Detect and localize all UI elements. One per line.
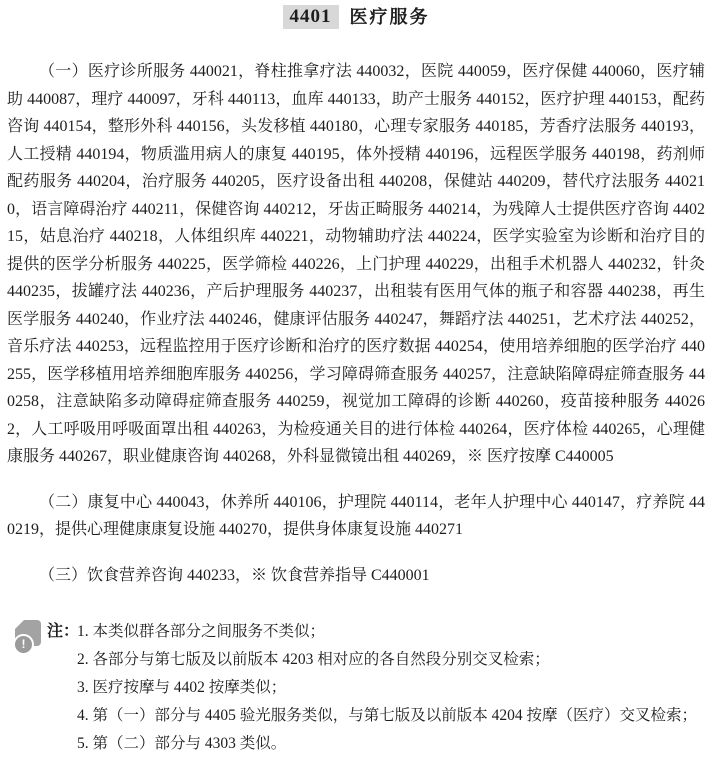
note-icon-fold	[15, 620, 24, 629]
paragraph-section-3: （三）饮食营养咨询 440233，※ 饮食营养指导 C440001	[7, 562, 705, 590]
notes-label: 注：	[47, 618, 79, 646]
note-item-1: 1. 本类似群各部分之间服务不类似；	[77, 618, 704, 646]
note-item-4: 4. 第（一）部分与 4405 验光服务类似，与第七版及以前版本 4204 按摩…	[77, 702, 704, 730]
notes-section: ! 注： 1. 本类似群各部分之间服务不类似； 2. 各部分与第七版及以前版本 …	[0, 618, 712, 758]
title-text: 医疗服务	[350, 5, 430, 29]
note-exclamation-icon: !	[13, 620, 43, 660]
document-body: （一）医疗诊所服务 440021，脊柱推拿疗法 440032，医院 440059…	[0, 58, 712, 589]
note-icon-badge: !	[13, 634, 34, 655]
paragraph-section-2: （二）康复中心 440043，休养所 440106，护理院 440114，老年人…	[7, 489, 705, 544]
title-code-badge: 4401	[283, 5, 339, 29]
note-item-2: 2. 各部分与第七版及以前版本 4203 相对应的各自然段分别交叉检索；	[77, 646, 704, 674]
paragraph-section-1: （一）医疗诊所服务 440021，脊柱推拿疗法 440032，医院 440059…	[7, 58, 705, 471]
note-item-5: 5. 第（二）部分与 4303 类似。	[77, 730, 704, 758]
document-page: 4401 医疗服务 （一）医疗诊所服务 440021，脊柱推拿疗法 440032…	[0, 0, 712, 764]
note-item-3: 3. 医疗按摩与 4402 按摩类似；	[77, 674, 704, 702]
page-title: 4401 医疗服务	[0, 0, 712, 31]
